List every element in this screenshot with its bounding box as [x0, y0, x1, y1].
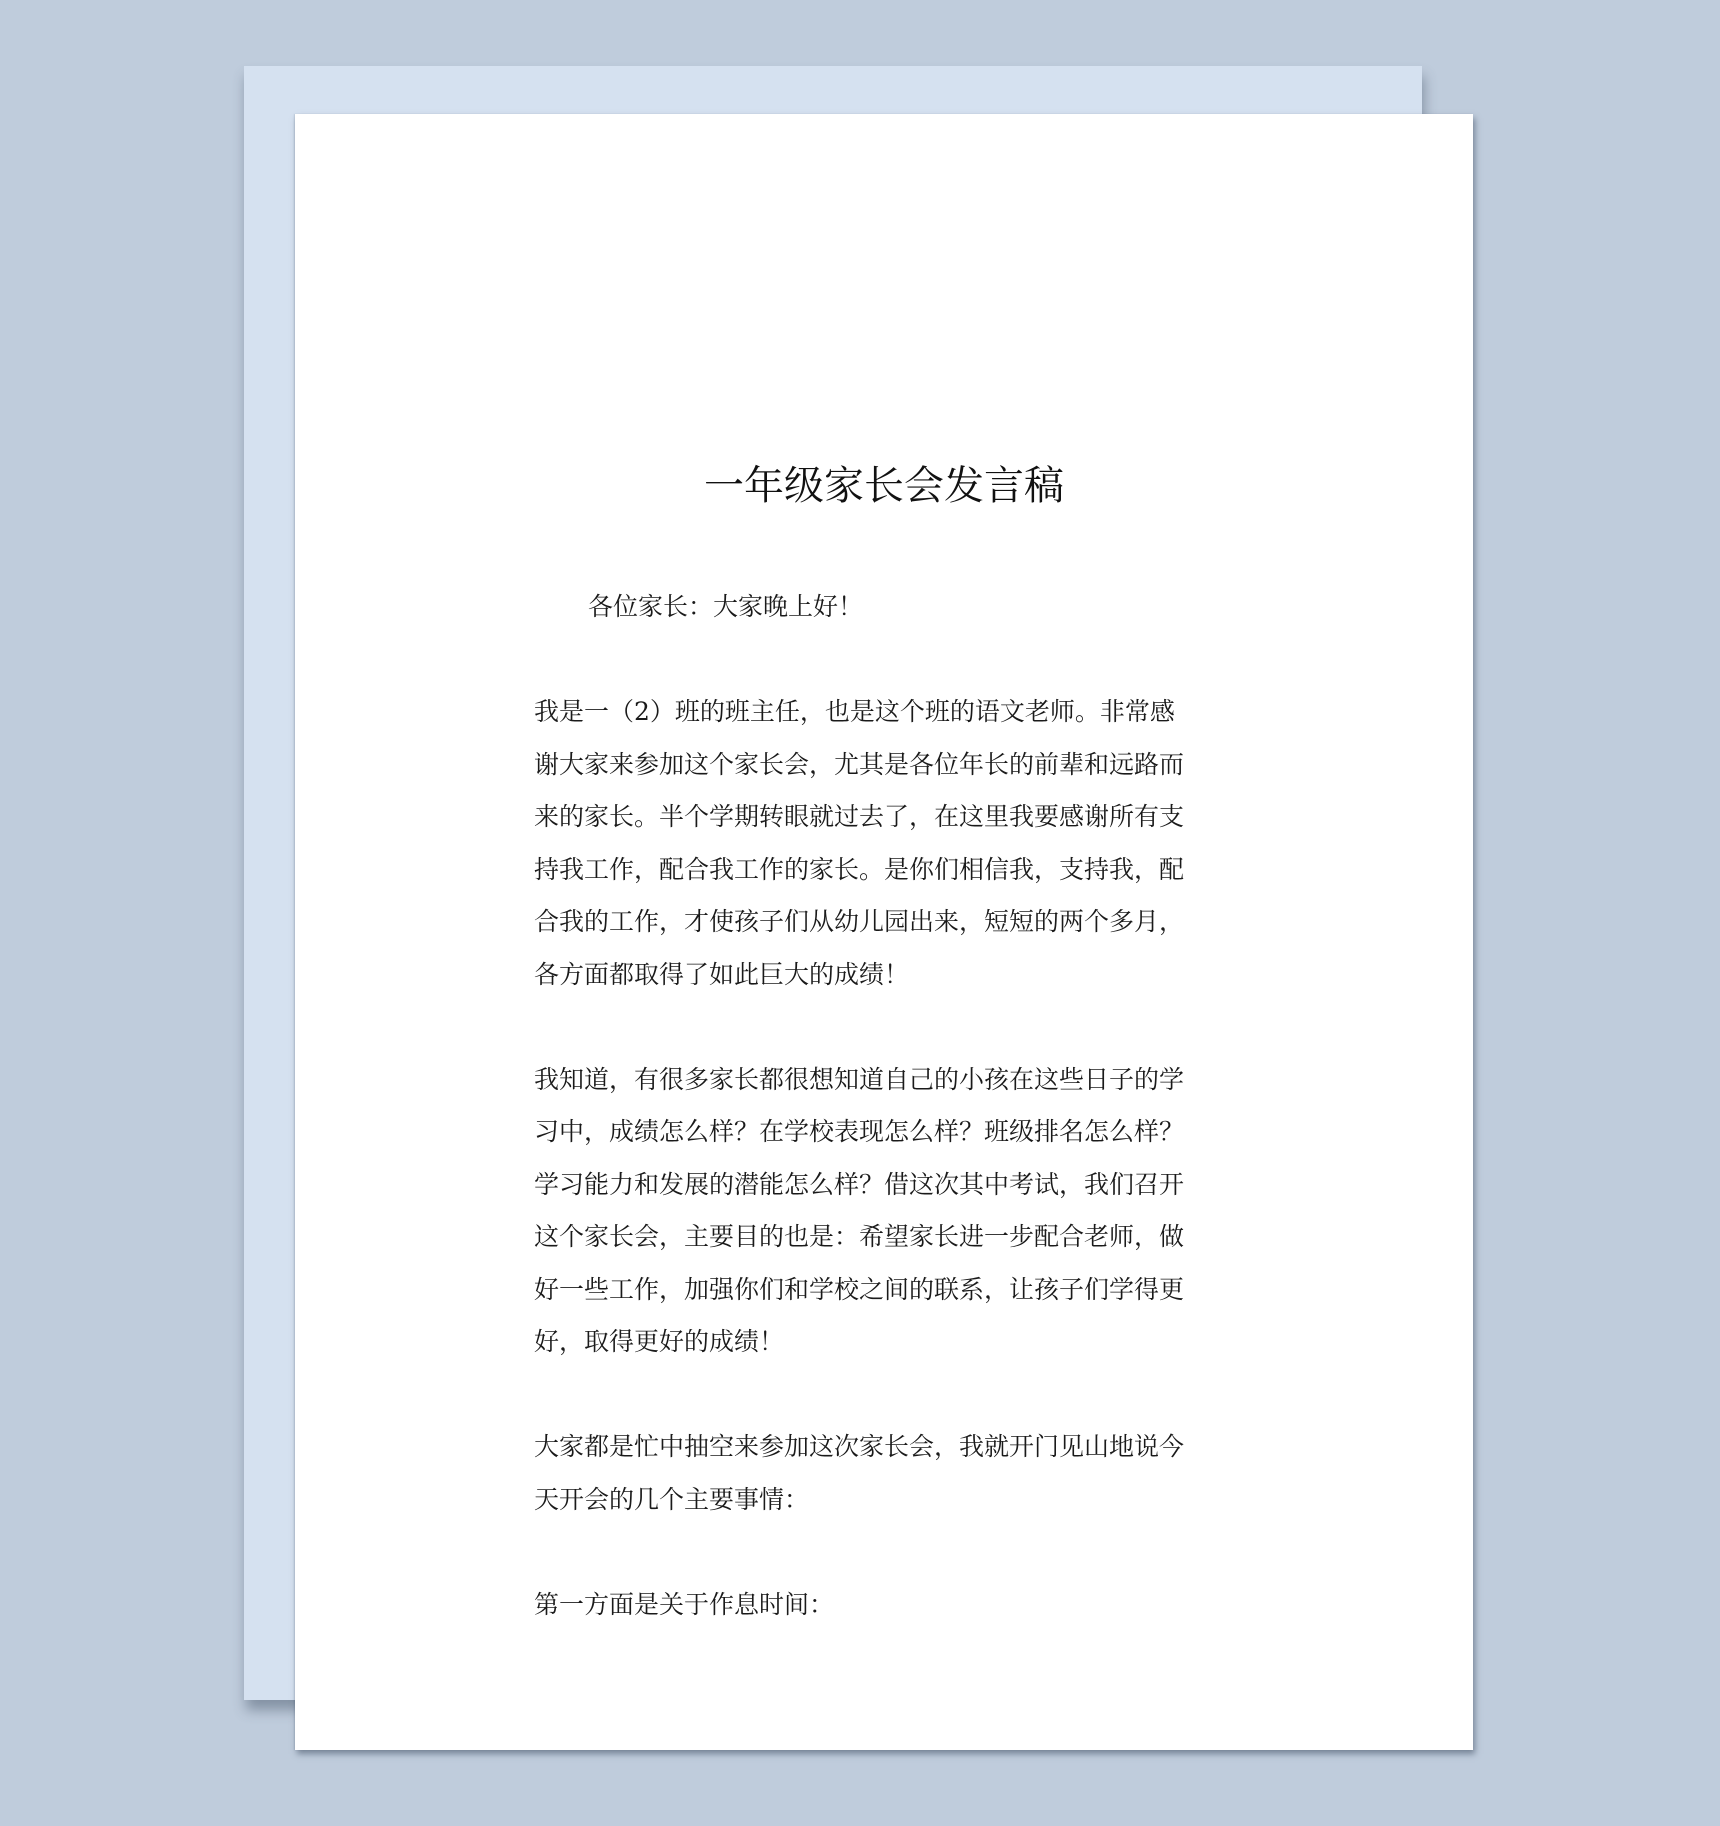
text-line: 习中，成绩怎么样？在学校表现怎么样？班级排名怎么样？ — [534, 1106, 1264, 1159]
text-line: 天开会的几个主要事情： — [534, 1474, 1264, 1527]
text-line: 持我工作，配合我工作的家长。是你们相信我，支持我，配 — [534, 844, 1264, 897]
text-line: 我知道，有很多家长都很想知道自己的小孩在这些日子的学 — [534, 1054, 1264, 1107]
document-page: 一年级家长会发言稿 各位家长：大家晚上好！ 我是一（2）班的班主任，也是这个班的… — [295, 114, 1473, 1750]
greeting-paragraph: 各位家长：大家晚上好！ — [534, 581, 1264, 634]
text-line: 大家都是忙中抽空来参加这次家长会，我就开门见山地说今 — [534, 1421, 1264, 1474]
text-line: 第一方面是关于作息时间： — [534, 1579, 1264, 1632]
text-line: 好，取得更好的成绩！ — [534, 1316, 1264, 1369]
text-line: 好一些工作，加强你们和学校之间的联系，让孩子们学得更 — [534, 1264, 1264, 1317]
paragraph-2: 我知道，有很多家长都很想知道自己的小孩在这些日子的学 习中，成绩怎么样？在学校表… — [534, 1054, 1264, 1369]
document-body: 各位家长：大家晚上好！ 我是一（2）班的班主任，也是这个班的语文老师。非常感 谢… — [534, 581, 1264, 1684]
paragraph-3: 大家都是忙中抽空来参加这次家长会，我就开门见山地说今 天开会的几个主要事情： — [534, 1421, 1264, 1526]
text-line: 来的家长。半个学期转眼就过去了，在这里我要感谢所有支 — [534, 791, 1264, 844]
document-title: 一年级家长会发言稿 — [295, 456, 1473, 516]
paragraph-4: 第一方面是关于作息时间： — [534, 1579, 1264, 1632]
text-line: 各方面都取得了如此巨大的成绩！ — [534, 949, 1264, 1002]
text-line: 谢大家来参加这个家长会，尤其是各位年长的前辈和远路而 — [534, 739, 1264, 792]
text-line: 学习能力和发展的潜能怎么样？借这次其中考试，我们召开 — [534, 1159, 1264, 1212]
text-line: 这个家长会，主要目的也是：希望家长进一步配合老师，做 — [534, 1211, 1264, 1264]
text-line: 合我的工作，才使孩子们从幼儿园出来，短短的两个多月， — [534, 896, 1264, 949]
text-line: 我是一（2）班的班主任，也是这个班的语文老师。非常感 — [534, 686, 1264, 739]
paragraph-1: 我是一（2）班的班主任，也是这个班的语文老师。非常感 谢大家来参加这个家长会，尤… — [534, 686, 1264, 1001]
